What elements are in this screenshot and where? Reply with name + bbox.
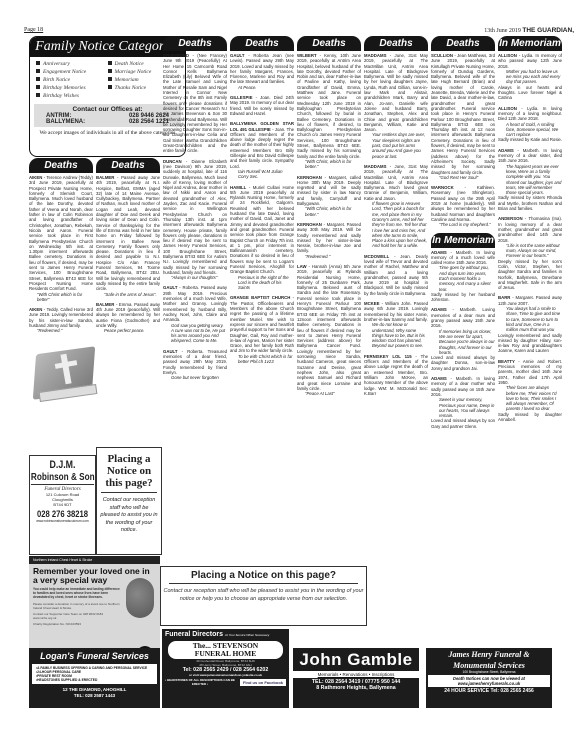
- notice-surname: HAMILL: [230, 185, 246, 190]
- notice-surname: BALMER: [96, 302, 114, 307]
- notice-text: - (Nee Francey) June 9th 2019 (Peacefull…: [163, 53, 227, 153]
- section-heading-memoriam: In Memoriam: [498, 36, 562, 51]
- notice-entry: DUNCAN - Dianne Elizabeth (nee Davison) …: [163, 159, 227, 281]
- stevenson-funeral-ad[interactable]: Funeral Directors At Your Service When N…: [162, 629, 289, 708]
- notice-verse: Sweet is your memory, Precious your name…: [431, 397, 495, 418]
- james-henry-ad[interactable]: James Henry Funeral & Monumental Service…: [426, 648, 552, 708]
- ad-name-line1: D.J.M.: [37, 459, 89, 471]
- notice-verse: At Peace.: [230, 85, 294, 90]
- section-heading-memoriam: In Memoriam: [431, 233, 495, 248]
- section-heading-deaths: Deaths: [96, 158, 160, 173]
- notice-text: - Roberta. Passed away 29th May 2019. Pr…: [163, 285, 227, 322]
- notice-entry: AIKEN - Teddy. Called Home 3rd June 2019…: [29, 307, 93, 333]
- notice-entry: GAULT - Roberta Jean (nee Lewis). Passed…: [230, 53, 294, 90]
- notice-verse: "God Rest Her Soul": [431, 175, 495, 180]
- notice-text: - Margaret. Passed away 30th May 2019. W…: [297, 222, 361, 253]
- notice-verse: Iain Russell W.M Julian Corry Sec.: [230, 169, 294, 180]
- ad-name-line2: FUNERAL HOME: [168, 650, 283, 658]
- notice-surname: ADAMS: [498, 148, 514, 153]
- ad-phone[interactable]: 028 276 38218: [30, 509, 95, 519]
- contact-title: Contact our Offices at:: [40, 106, 175, 113]
- ad-name: John Gamble: [293, 650, 419, 670]
- notice-text: - Dianne Elizabeth (nee Davison) 9th Jun…: [163, 159, 227, 275]
- issue-date: 13th June 2019: [484, 28, 521, 34]
- notice-signoff: Always in our hearts and thoughts. Love …: [498, 85, 562, 101]
- ad-website[interactable]: www.robinsonsfuneralsculcrum.com: [30, 519, 95, 523]
- notice-entry: GRANGE BAPTIST CHURCH - The Pastor, Offi…: [230, 295, 294, 364]
- notice-verse: "Redeemed.": [297, 254, 361, 259]
- ad-charity-number: Charity Registration No. NIC103593: [29, 620, 160, 626]
- deaths-column-1: Deaths AIKEN - Terence Andrew (Teddy) 3r…: [29, 158, 93, 410]
- memoriam-entry: BARR - Margaret. Passed away 12th June 2…: [498, 295, 562, 353]
- notice-surname: GAULT: [230, 53, 244, 58]
- notice-entry: LAW - Hannah (Anna) 5th June 2019, peace…: [297, 264, 361, 396]
- notice-verse: "Life is not the same without mum, Alway…: [498, 243, 562, 259]
- ad-name-line1: James Henry Funeral &: [426, 650, 552, 659]
- ad-tagline: At Your Service When Necessary: [225, 633, 269, 637]
- notice-text: - Joan. The Officers and Members of the …: [230, 127, 294, 169]
- john-gamble-ad[interactable]: John Gamble Memorials • Renovations • In…: [293, 648, 419, 708]
- ad-headstones: • HEADSTONES OF ALL DESCRIPTIONS CAN BE …: [165, 678, 235, 686]
- notice-surname: ALLISON: [498, 53, 517, 58]
- notice-surname: MCDOWELL: [364, 254, 389, 259]
- notice-surname: GAULT: [163, 349, 177, 354]
- notice-text: - Kenny, 10th June 2019, peacefully at A…: [297, 53, 361, 159]
- notice-text: - Jean Matthews, 3rd June 2019, peaceful…: [431, 53, 495, 175]
- notice-verse: "Always in our thoughts": [163, 275, 227, 280]
- notice-surname: AIKEN: [29, 307, 42, 312]
- deaths-column-7: Deaths SCULLION - Jean Matthews, 3rd Jun…: [431, 36, 495, 626]
- robinson-funeral-ad[interactable]: D.J.M. Robinson & Son Funeral Directors …: [29, 455, 96, 555]
- notice-text: - The Officers and Members of the above …: [364, 354, 428, 396]
- notice-verse: Time goes by without you, And days turn …: [431, 265, 495, 291]
- notice-text: - Margaret, called Home 30th May 2019. D…: [297, 175, 361, 206]
- office-name: BALLYMENA:: [46, 119, 85, 125]
- charity-name: Northern Ireland Chest Heart & Stroke: [29, 556, 160, 564]
- notice-text: - Roberta Jean (nee Lewis). Passed away …: [230, 53, 294, 84]
- ad-address: 8 Rathmore Heights, Ballymena: [293, 685, 419, 691]
- notice-verse: "With Christ, which is far better.": [297, 159, 361, 170]
- notice-text: - Muriel Cullavi Home 5th June 2019 peac…: [230, 185, 294, 275]
- ad-title: Funeral Directors: [165, 631, 223, 638]
- notice-entry: BALLYMENA GOLDEN STAR LOL 491 GILLESPIE …: [230, 121, 294, 179]
- category-item[interactable]: Birth Notice: [36, 77, 108, 84]
- notice-text: - Kathleen. Rosemary (nee Shingleton). P…: [431, 185, 495, 222]
- memoriam-entry: ADAMS - Marbeth. Loving memories of a de…: [431, 307, 495, 371]
- section-heading-deaths: Deaths: [29, 158, 93, 173]
- category-item[interactable]: Birthday Wishes: [36, 93, 108, 100]
- notice-entry: WILBERT - Kenny, 10th June 2019, peacefu…: [297, 53, 361, 170]
- placing-title: Placing a Notice on this page?: [101, 453, 157, 493]
- deaths-column-5: Deaths WILBERT - Kenny, 10th June 2019, …: [297, 36, 361, 564]
- placing-body: Contact our reception staff who will be …: [161, 587, 366, 603]
- notice-surname: KERNOHAN: [297, 175, 322, 180]
- notice-surname: WARNOCK: [431, 185, 454, 190]
- ad-name-block: The... STEVENSONFUNERAL HOME: [168, 641, 283, 659]
- facebook-icon[interactable]: Find us on Facebook: [240, 679, 286, 686]
- notice-entry: BALMER - Emma. Passed away 4th June 2019…: [96, 302, 160, 334]
- section-heading-deaths: Deaths: [297, 36, 361, 51]
- notice-verse: Gone but never forgotten: [163, 375, 227, 380]
- category-item[interactable]: Anniversary: [36, 61, 108, 68]
- ad-address: 100 Broughshane Street, Ballymena: [426, 670, 552, 674]
- notice-entry: MADDAMS - June, 31st May 2019, peacefull…: [364, 53, 428, 159]
- category-item[interactable]: Birthday Memories: [36, 85, 108, 92]
- categories-footer: We accept images of individuals in all o…: [30, 129, 185, 138]
- notice-verse: Their faces are always before me, Their …: [498, 385, 562, 411]
- ad-title: Logan's Funeral Services: [29, 648, 160, 661]
- notice-verse: Your restless days are over, Your sleepl…: [364, 132, 428, 158]
- deaths-column-4: Deaths GAULT - Roberta Jean (nee Lewis).…: [230, 36, 294, 564]
- notice-verse: Precious in the sight of the Lord is the…: [230, 275, 294, 291]
- category-item[interactable]: Engagement Notice: [36, 69, 108, 76]
- notice-entry: FERNISKEY LOL 115 - The Officers and Mem…: [364, 354, 428, 396]
- notice-entry: AIKEN - Terence Andrew (Teddy) 3rd June …: [29, 175, 93, 302]
- notice-signoff: Sadly missed by daughter Annabell.: [498, 412, 562, 423]
- categories-list: Anniversary Death Notice Engagement Noti…: [30, 57, 185, 102]
- notice-text: - June, 31st May 2019, peacefully at The…: [364, 53, 428, 132]
- notice-entry: SCULLION - Jean Matthews, 3rd June 2019,…: [431, 53, 495, 180]
- placing-notice-box-small: Placing a Notice on this page? Contact o…: [96, 447, 162, 555]
- office-row: BALLYMENA:028 2564 1221: [40, 119, 175, 125]
- notice-entry: DRUMMOND - (Nee Francey) June 9th 2019 (…: [163, 53, 227, 154]
- notice-verse: The happiest years we ever knew, Were as…: [498, 164, 562, 196]
- notice-surname: BEATTY: [498, 359, 515, 364]
- notice-signoff: Sadly missed by Katie and Rosie.: [498, 137, 562, 142]
- placing-body: Contact our reception staff who will be …: [97, 497, 161, 535]
- deaths-column-6: Deaths MADDAMS - June, 31st May 2019, pe…: [364, 36, 428, 616]
- notice-text: - The Pastor, Officebearers and Members …: [230, 295, 294, 353]
- notice-surname: ADAMS: [431, 376, 447, 381]
- notice-verse: "Safe in the arms of Jesus".: [96, 292, 160, 297]
- notice-surname: ADAMS: [431, 307, 447, 312]
- paper-name: THE GUARDIAN,: [522, 27, 574, 34]
- categories-title: Family Notice Categories: [30, 37, 185, 57]
- ad-phone[interactable]: TEL: 028 2587 1443: [29, 693, 160, 699]
- logans-funeral-ad[interactable]: Logan's Funeral Services •A FAMILY BUSIN…: [29, 648, 160, 708]
- notice-signoff: Deeply missed by her son's Colin, Victor…: [498, 259, 562, 291]
- notice-surname: MCKEE: [364, 301, 380, 306]
- notice-verse: To be with Christ which is far better Ph…: [230, 354, 294, 365]
- notice-verse: We do not know or understand, Why some t…: [364, 322, 428, 348]
- notice-verse: "With Christ which is far better": [29, 292, 93, 303]
- notice-verse: "With Christ, which is far better.": [297, 206, 361, 217]
- deaths-column-2: Deaths BALMER - Passed away June 4th 201…: [96, 158, 160, 339]
- notice-verse: If memories bring us closer, We are neve…: [431, 329, 495, 355]
- memoriam-column-8: In Memoriam ALLISON - Lydia. In memory o…: [498, 36, 562, 644]
- placing-notice-box-wide: Placing a Notice on this page? Contact o…: [160, 566, 367, 626]
- notice-surname: AIKEN: [29, 175, 42, 180]
- ad-phone[interactable]: 24 HOUR SERVICE Tel: 028 2565 2456: [426, 688, 552, 694]
- notice-text: - Terence Andrew (Teddy) 3rd June 2019, …: [29, 175, 93, 291]
- notice-surname: GILLESPIE: [230, 95, 252, 100]
- notice-entry: WARNOCK - Kathleen. Rosemary (nee Shingl…: [431, 185, 495, 227]
- notice-entry: MCDOWELL - Jean. Dearly loved wife of Tr…: [364, 254, 428, 296]
- notice-surname: GRANGE BAPTIST CHURCH: [230, 295, 290, 300]
- notice-surname: FERNISKEY LOL 115: [364, 354, 412, 359]
- memoriam-entry: ADAMS - Marbeth. In loving memory of a d…: [498, 148, 562, 212]
- notice-surname: DRUMMOND: [163, 53, 189, 58]
- notice-verse: God saw you getting weary. A cure was no…: [163, 323, 227, 344]
- notice-entry: HAMILL - Muriel Cullavi Home 5th June 20…: [230, 185, 294, 291]
- notice-surname: KERNOHAN: [297, 222, 322, 227]
- notice-entry: GAULT - Roberta. Passed away 29th May 20…: [163, 285, 227, 343]
- memoriam-entry: ADAMS - Marbeth. In loving memory of a m…: [431, 250, 495, 303]
- memoriam-entry: ADAMS - Marbeth. In loving memory of a d…: [431, 376, 495, 429]
- ad-website[interactable]: www.jameshenryfunerals.co.uk: [429, 681, 549, 686]
- notice-surname: BALMER: [96, 175, 114, 180]
- notice-verse: "Redeemed.": [29, 328, 93, 333]
- notice-surname: MADDAMS: [364, 53, 386, 58]
- notice-signoff: Loved and missed always by son Gary and …: [431, 418, 495, 429]
- notice-entry: GILLESPIE - Joan. Died 24th May 2019. In…: [230, 95, 294, 116]
- masthead-date: 13th June 2019 THE GUARDIAN,: [484, 27, 574, 34]
- ad-heading: Funeral Directors At Your Service When N…: [162, 629, 289, 640]
- notice-surname: SCULLION: [431, 53, 453, 58]
- section-heading-deaths: Deaths: [163, 36, 227, 51]
- notice-signoff: Sadly missed by her husband Johnston.: [431, 292, 495, 303]
- ad-footer: • HEADSTONES OF ALL DESCRIPTIONS CAN BE …: [162, 677, 289, 687]
- notice-surname: LAW: [297, 264, 307, 269]
- notice-verse: A heart of Gold, A smiling face, Someone…: [498, 122, 562, 138]
- notice-verse: "The Lord is my shepherd.": [431, 222, 495, 227]
- notice-signoff: Lovingly remembered and sadly missed by …: [498, 333, 562, 354]
- notice-entry: BALMER - Passed away June 4th 2019, peac…: [96, 175, 160, 297]
- memoriam-entry: BEATTY - Annie and Robert. Precious memo…: [498, 359, 562, 423]
- notice-surname: MADDAMS: [364, 164, 386, 169]
- notice-verse: You always had a smile to share, Time to…: [498, 306, 562, 332]
- notice-entry: MADDAMS - June, 31st May 2019, peacefull…: [364, 164, 428, 249]
- notice-verse: "Peace At Last": [297, 391, 361, 396]
- notice-surname: BARR: [498, 295, 510, 300]
- notice-text: - June, 31st May 2019, peacefully at The…: [364, 164, 428, 201]
- section-heading-deaths: Deaths: [230, 36, 294, 51]
- memoriam-entry: ALLISON - Lydia. In loving memory of a l…: [498, 106, 562, 143]
- notice-verse: Mother you had to leave us we miss you e…: [498, 69, 562, 85]
- section-heading-deaths: Deaths: [364, 36, 428, 51]
- notice-entry: KERNOHAN - Margaret. Passed away 30th Ma…: [297, 222, 361, 259]
- notice-text: - Passed away June 4th 2019, peacefully …: [96, 175, 160, 291]
- notice-verse: If flowers grow in Heaven Lord, Then pic…: [364, 201, 428, 249]
- deaths-column-3: Deaths DRUMMOND - (Nee Francey) June 9th…: [163, 36, 227, 386]
- notice-entry: GAULT - Roberta. Treasured memories of a…: [163, 349, 227, 381]
- memoriam-entry: ALLISON - Lydia. In memory of who passed…: [498, 53, 562, 101]
- notice-surname: ADAMS: [431, 250, 447, 255]
- bible-cross-illustration: [29, 340, 103, 404]
- contact-offices: Contact our Offices at: ANTRIM:028 9446 …: [34, 104, 181, 127]
- ad-services-list: •A FAMILY BUSINESS OFFERING A CARING AND…: [32, 664, 157, 684]
- notice-text: - Hannah (Anna) 5th June 2019, peacefull…: [297, 264, 361, 391]
- ad-name-line2: Robinson & Son: [31, 471, 94, 485]
- notice-text: - Jean. Dearly loved wife of Trevor and …: [364, 254, 428, 296]
- notice-verse: Peace perfect peace.: [96, 328, 160, 333]
- ad-address: BT44 9DT: [30, 502, 95, 507]
- memoriam-entry: ANDERSON - Thomasina (Ina). In loving me…: [498, 216, 562, 290]
- notice-surname: DUNCAN: [163, 159, 182, 164]
- notice-surname: ALLISON: [498, 106, 517, 111]
- notice-surname: WILBERT: [297, 53, 317, 58]
- service-item: •HEADSTONES SUPPLIED & ERECTED: [36, 678, 153, 682]
- ad-services: Memorials • Renovations • Inscriptions: [293, 671, 419, 678]
- notice-signoff: Sadly missed by sisters Rhonda and Myrtl…: [498, 195, 562, 211]
- section-heading-deaths: Deaths: [431, 36, 495, 51]
- ad-name-line2: Monumental Services: [426, 661, 552, 670]
- heart-icon: [126, 578, 154, 618]
- notice-signoff: Loved and missed always by daughter Donn…: [431, 355, 495, 371]
- page-number: Page 18: [24, 27, 43, 33]
- placing-title: Placing a Notice on this page?: [169, 570, 358, 584]
- notice-entry: KERNOHAN - Margaret, called Home 30th Ma…: [297, 175, 361, 217]
- ad-web-box: Death Notices can now be viewed atwww.ja…: [428, 675, 550, 687]
- notice-surname: GAULT: [163, 285, 177, 290]
- notice-surname: ANDERSON: [498, 216, 523, 221]
- notice-entry: MCKEE - William John. Passed away 6th Ju…: [364, 301, 428, 349]
